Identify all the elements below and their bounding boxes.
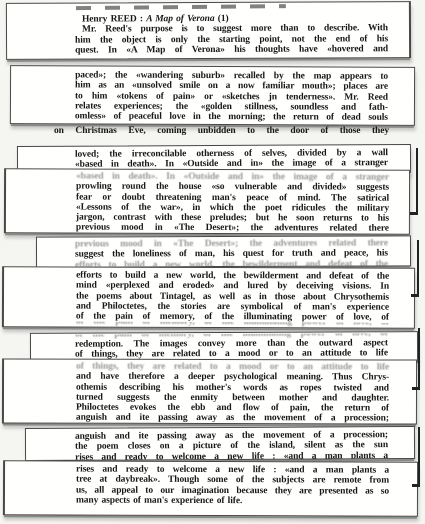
text-line: rises and ready to welcome a new life : … [75,451,388,461]
ghost-text-line: previous mood in «The Desert»; the adven… [75,238,388,249]
scan-strip-4: «based in death». In «Outside and in» th… [4,168,410,234]
scan-strip-8: of things, they are related to a mood or… [2,358,417,424]
ghost-text-line: «based in death». In «Outside and in» th… [76,172,389,183]
page-edge-mark [412,427,420,487]
title-separator: : [137,14,147,24]
strip-3-text: loved; the irreconcilable otherness of s… [75,148,388,170]
strip-5-text: previous mood in «The Desert»; the adven… [75,238,388,267]
author-name: Henry REED [82,14,137,24]
scan-strip-5: previous mood in «The Desert»; the adven… [36,235,411,267]
page-edge-mark [410,148,418,215]
text-line: many aspects of man's experience of life… [76,495,389,506]
text-line: othemis describing his mother's words as… [76,382,389,393]
ghost-text-line: of things, they are related to a mood or… [76,362,389,373]
strip-1-text: Henry REED : A Map of Verona (1) Mr. Ree… [75,13,388,56]
scan-strip-6: efforts to build a new world, the bewild… [2,266,415,328]
scanned-document-page: Henry REED : A Map of Verona (1) Mr. Ree… [0,0,425,524]
strip-8-text: of things, they are related to a mood or… [76,362,389,425]
text-line: tree at daybreak». Though some of the su… [76,475,389,486]
text-line: prowling round the house «so vulnerable … [76,182,389,193]
clipped-text-remnant [76,4,286,10]
text-line: previous mood in «The Desert»; the adven… [76,223,389,234]
text-line: anguish and ite passing away as the move… [76,413,389,424]
strip-2-text: paced»; the «wandering suburb» recalled … [75,70,388,123]
strip-4-text: «based in death». In «Outside and in» th… [76,172,389,235]
scan-strip-9: anguish and ite passing away as the move… [25,426,415,461]
work-title: A Map of Verona [146,14,214,24]
clipped-ghost-line: of the pain of memory, of the illuminati… [76,322,389,328]
scan-strip-1: Henry REED : A Map of Verona (1) Mr. Ree… [6,1,411,60]
strip-9-text: anguish and ite passing away as the move… [75,430,388,461]
text-line: and have therefore a deeper psychologica… [76,372,389,383]
title-number: (1) [214,14,228,24]
strip-10-text: rises and ready to welcome a new life : … [76,465,389,507]
page-edge-mark [412,328,420,390]
scan-strip-10: rises and ready to welcome a new life : … [3,460,418,516]
text-line: omless» of peaceful love in the morning;… [75,112,388,124]
text-line: mind «perplexed and eroded» and lured by… [76,281,389,292]
scan-strip-2: paced»; the «wandering suburb» recalled … [10,65,415,126]
page-text-line: on Christmas Eve, coming unbidden to the… [54,126,389,136]
page-edge-mark [411,240,419,297]
strip-7-text: of the pain of memory, of the illuminati… [75,333,388,360]
ghost-text-line: of the pain of memory, of the illuminati… [76,322,389,328]
text-line: quest. In «A Map of Verona» his thoughts… [75,44,388,56]
strip-6-text: efforts to build a new world, the bewild… [76,271,389,329]
